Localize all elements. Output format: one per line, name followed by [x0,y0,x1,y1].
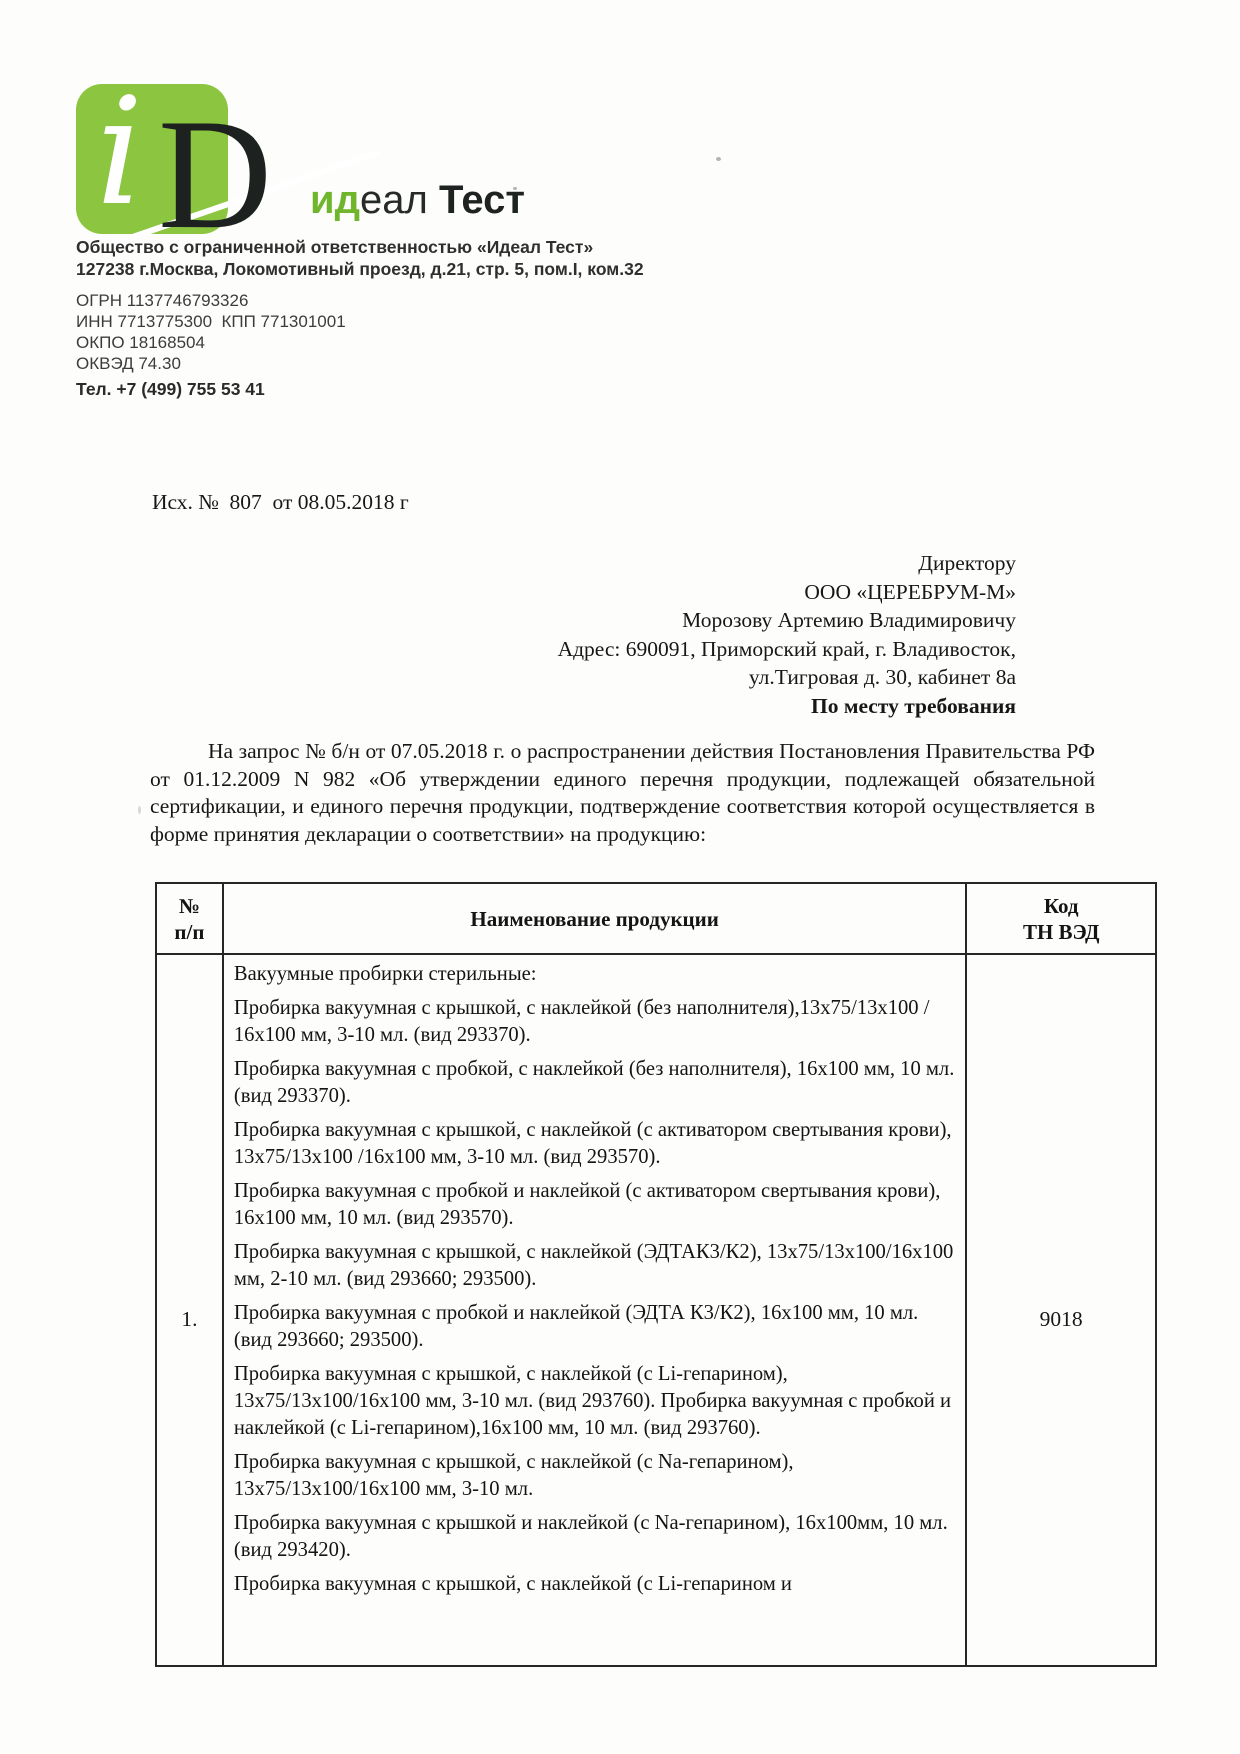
recipient-address-1: Адрес: 690091, Приморский край, г. Влади… [456,635,1016,664]
product-item: Пробирка вакуумная с крышкой, с наклейко… [234,1239,958,1293]
header-cell-tnved-code: Код ТН ВЭД [967,884,1155,953]
header-code-line2: ТН ВЭД [1023,919,1100,945]
recipient-company: ООО «ЦЕРЕБРУМ-М» [456,578,1016,607]
product-item: Пробирка вакуумная с крышкой, с наклейко… [234,1361,958,1442]
company-okved: ОКВЭД 74.30 [76,354,181,374]
company-inn-kpp: ИНН 7713775300 КПП 771301001 [76,312,346,332]
company-address: 127238 г.Москва, Локомотивный проезд, д.… [76,259,644,280]
letter-body-paragraph: На запрос № б/н от 07.05.2018 г. о распр… [150,738,1095,848]
recipient-address-2: ул.Тигровая д. 30, кабинет 8а [456,663,1016,692]
product-item: Пробирка вакуумная с крышкой и наклейкой… [234,1510,958,1564]
brand-part-dark: еал [360,178,439,222]
header-code-line1: Код [1044,893,1079,919]
header-product-name: Наименование продукции [470,906,718,932]
tnved-code-value: 9018 [967,1307,1155,1332]
company-logo: i D идеал Тест [0,0,620,250]
brand-part-bold: Тест [439,178,525,222]
products-table: № п/п Наименование продукции Код ТН ВЭД … [155,882,1157,1667]
product-item: Пробирка вакуумная с пробкой и наклейкой… [234,1300,958,1354]
recipient-title: Директору [456,549,1016,578]
logo-i-glyph-icon: i [96,78,143,226]
row-number-value: 1. [157,1307,222,1332]
company-okpo: ОКПО 18168504 [76,333,205,353]
product-item: Вакуумные пробирки стерильные: [234,961,958,988]
header-cell-number: № п/п [157,884,224,953]
letter-body-text: На запрос № б/н от 07.05.2018 г. о распр… [150,739,1095,846]
recipient-block: Директору ООО «ЦЕРЕБРУМ-М» Морозову Арте… [456,549,1016,721]
header-number-line1: № [179,893,200,919]
product-item: Пробирка вакуумная с крышкой, с наклейко… [234,1571,958,1598]
outgoing-number-line: Исх. № 807 от 08.05.2018 г [152,490,409,515]
company-phone: Тел. +7 (499) 755 53 41 [76,379,265,400]
cell-product-list: Вакуумные пробирки стерильные:Пробирка в… [224,955,968,1665]
header-cell-product-name: Наименование продукции [224,884,968,953]
brand-wordmark: идеал Тест [310,180,525,220]
company-name: Общество с ограниченной ответственностью… [76,237,593,258]
cell-tnved-code: 9018 [967,955,1155,1665]
product-item: Пробирка вакуумная с крышкой, с наклейко… [234,1449,958,1503]
cell-row-number: 1. [157,955,224,1665]
header-number-line2: п/п [174,919,204,945]
product-item: Пробирка вакуумная с пробкой и наклейкой… [234,1178,958,1232]
company-ogrn: ОГРН 1137746793326 [76,291,248,311]
brand-part-green: ид [310,178,360,222]
recipient-note: По месту требования [456,692,1016,721]
product-item: Пробирка вакуумная с крышкой, с наклейко… [234,995,958,1049]
scan-artifact [716,157,721,161]
product-item: Пробирка вакуумная с крышкой, с наклейко… [234,1117,958,1171]
table-header-row: № п/п Наименование продукции Код ТН ВЭД [157,884,1155,955]
scan-artifact [513,187,517,190]
logo-d-glyph-icon: D [158,96,272,254]
table-row: 1. Вакуумные пробирки стерильные:Пробирк… [157,955,1155,1665]
recipient-person: Морозову Артемию Владимировичу [456,606,1016,635]
scan-artifact [138,806,141,814]
product-item: Пробирка вакуумная с пробкой, с наклейко… [234,1056,958,1110]
scanned-letter-page: i D идеал Тест Общество с ограниченной о… [0,0,1240,1754]
